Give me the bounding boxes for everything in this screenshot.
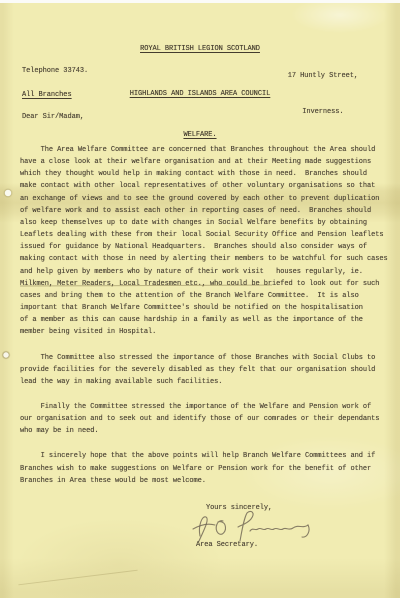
sender-address-street: 17 Huntly Street, [288,70,358,82]
telephone-line: Telephone 33743. [22,65,88,77]
signature-title: Area Secretary. [196,539,258,551]
paper-crease-diagonal [18,570,137,586]
org-subtitle: HIGHLANDS AND ISLANDS AREA COUNCIL [130,90,270,98]
paragraph-3: Finally the Committee stressed the impor… [20,401,398,437]
scanned-letter-page: ROYAL BRITISH LEGION SCOTLAND HIGHLANDS … [0,3,400,598]
org-name: ROYAL BRITISH LEGION SCOTLAND [140,45,260,53]
recipient-line: All Branches [22,91,72,99]
sender-address: 17 Huntly Street, Inverness. [288,46,358,142]
paragraph-2: The Committee also stressed the importan… [20,352,398,388]
closing-block: Yours sincerely, Area Secretary. [196,502,366,564]
sender-address-city: Inverness. [288,106,358,118]
subject-line: WELFARE. [183,131,216,139]
letter-body: The Area Welfare Committee are concerned… [20,144,398,500]
paragraph-4: I sincerely hope that the above points w… [20,450,398,486]
paragraph-1: The Area Welfare Committee are concerned… [20,144,398,339]
salutation: Dear Sir/Madam, [22,111,84,123]
